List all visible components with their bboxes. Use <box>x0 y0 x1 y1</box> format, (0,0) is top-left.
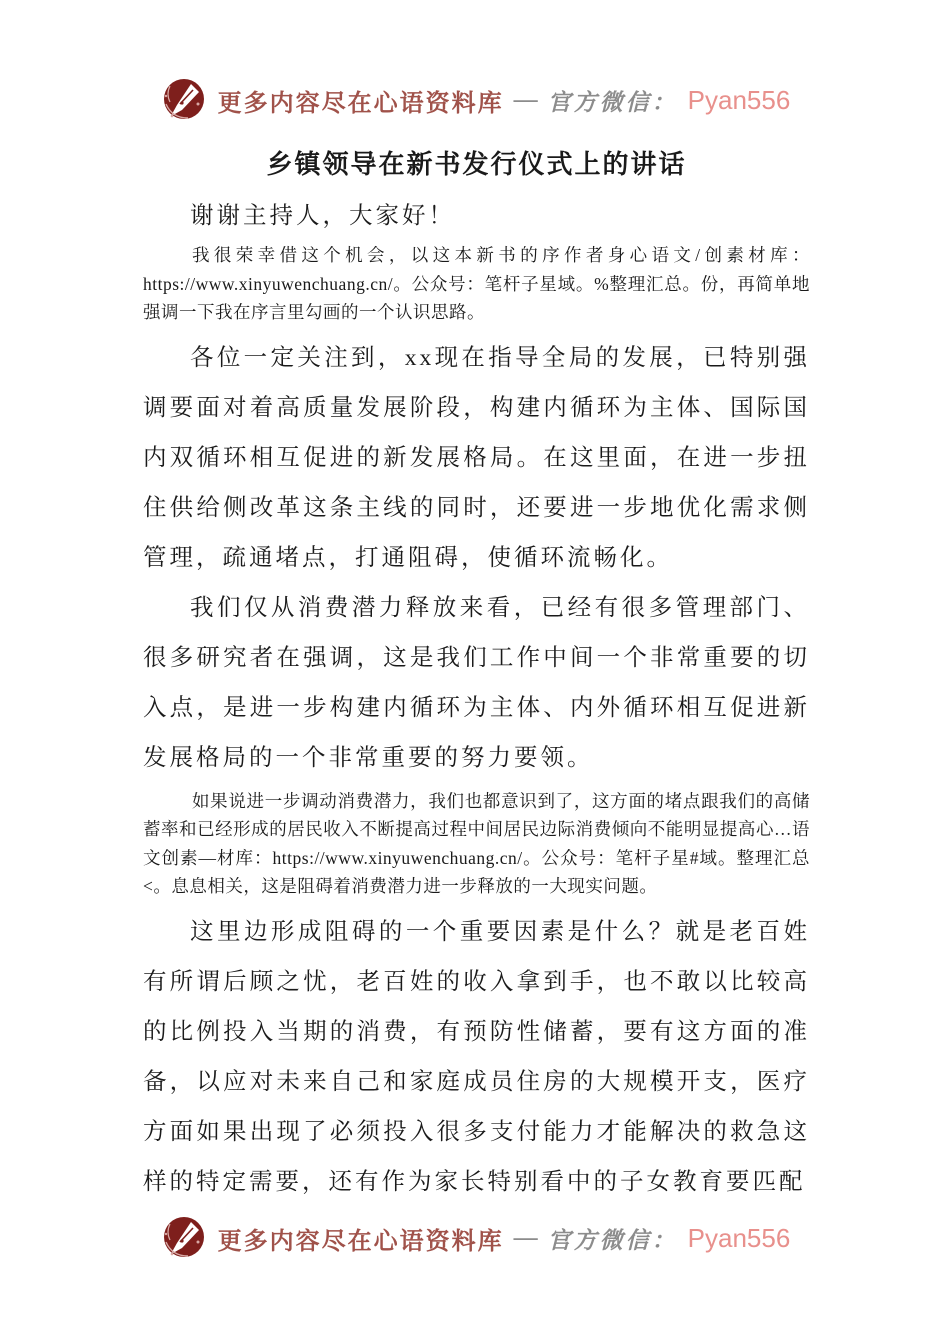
paragraph-intro-watermark: 我很荣幸借这个机会，以这本新书的序作者身心语文/创素材库：https://www… <box>143 241 810 327</box>
banner-wechat-label: 官方微信： <box>548 1222 678 1255</box>
document-body: 乡镇领导在新书发行仪式上的讲话 谢谢主持人，大家好！ 我很荣幸借这个机会，以这本… <box>0 124 950 1207</box>
banner-wechat-id: Pyan556 <box>688 85 791 116</box>
banner-brand-text: 更多内容尽在心语资料库 <box>218 1221 504 1256</box>
paragraph-savings-watermark: 如果说进一步调动消费潜力，我们也都意识到了，这方面的堵点跟我们的高储蓄率和已经形… <box>143 787 810 901</box>
document-title: 乡镇领导在新书发行仪式上的讲话 <box>143 144 810 181</box>
banner-brand-text: 更多内容尽在心语资料库 <box>218 83 504 118</box>
paragraph-obstacles: 这里边形成阻碍的一个重要因素是什么？就是老百姓有所谓后顾之忧，老百姓的收入拿到手… <box>143 907 810 1207</box>
banner-separator: — <box>514 87 538 114</box>
document-page: 更多内容尽在心语资料库—官方微信：Pyan556 乡镇领导在新书发行仪式上的讲话… <box>0 0 950 1344</box>
banner-wechat-id: Pyan556 <box>688 1223 791 1254</box>
paragraph-policy: 各位一定关注到，xx现在指导全局的发展，已特别强调要面对着高质量发展阶段，构建内… <box>143 333 810 583</box>
banner-wechat-label: 官方微信： <box>548 84 678 117</box>
banner-separator: — <box>514 1225 538 1252</box>
paragraph-greeting: 谢谢主持人，大家好！ <box>143 195 810 237</box>
footer-banner: 更多内容尽在心语资料库—官方微信：Pyan556 <box>0 1214 950 1262</box>
pen-nib-circle-icon <box>160 76 208 124</box>
header-banner: 更多内容尽在心语资料库—官方微信：Pyan556 <box>0 76 950 124</box>
paragraph-consumption: 我们仅从消费潜力释放来看，已经有很多管理部门、很多研究者在强调，这是我们工作中间… <box>143 583 810 783</box>
pen-nib-circle-icon <box>160 1214 208 1262</box>
